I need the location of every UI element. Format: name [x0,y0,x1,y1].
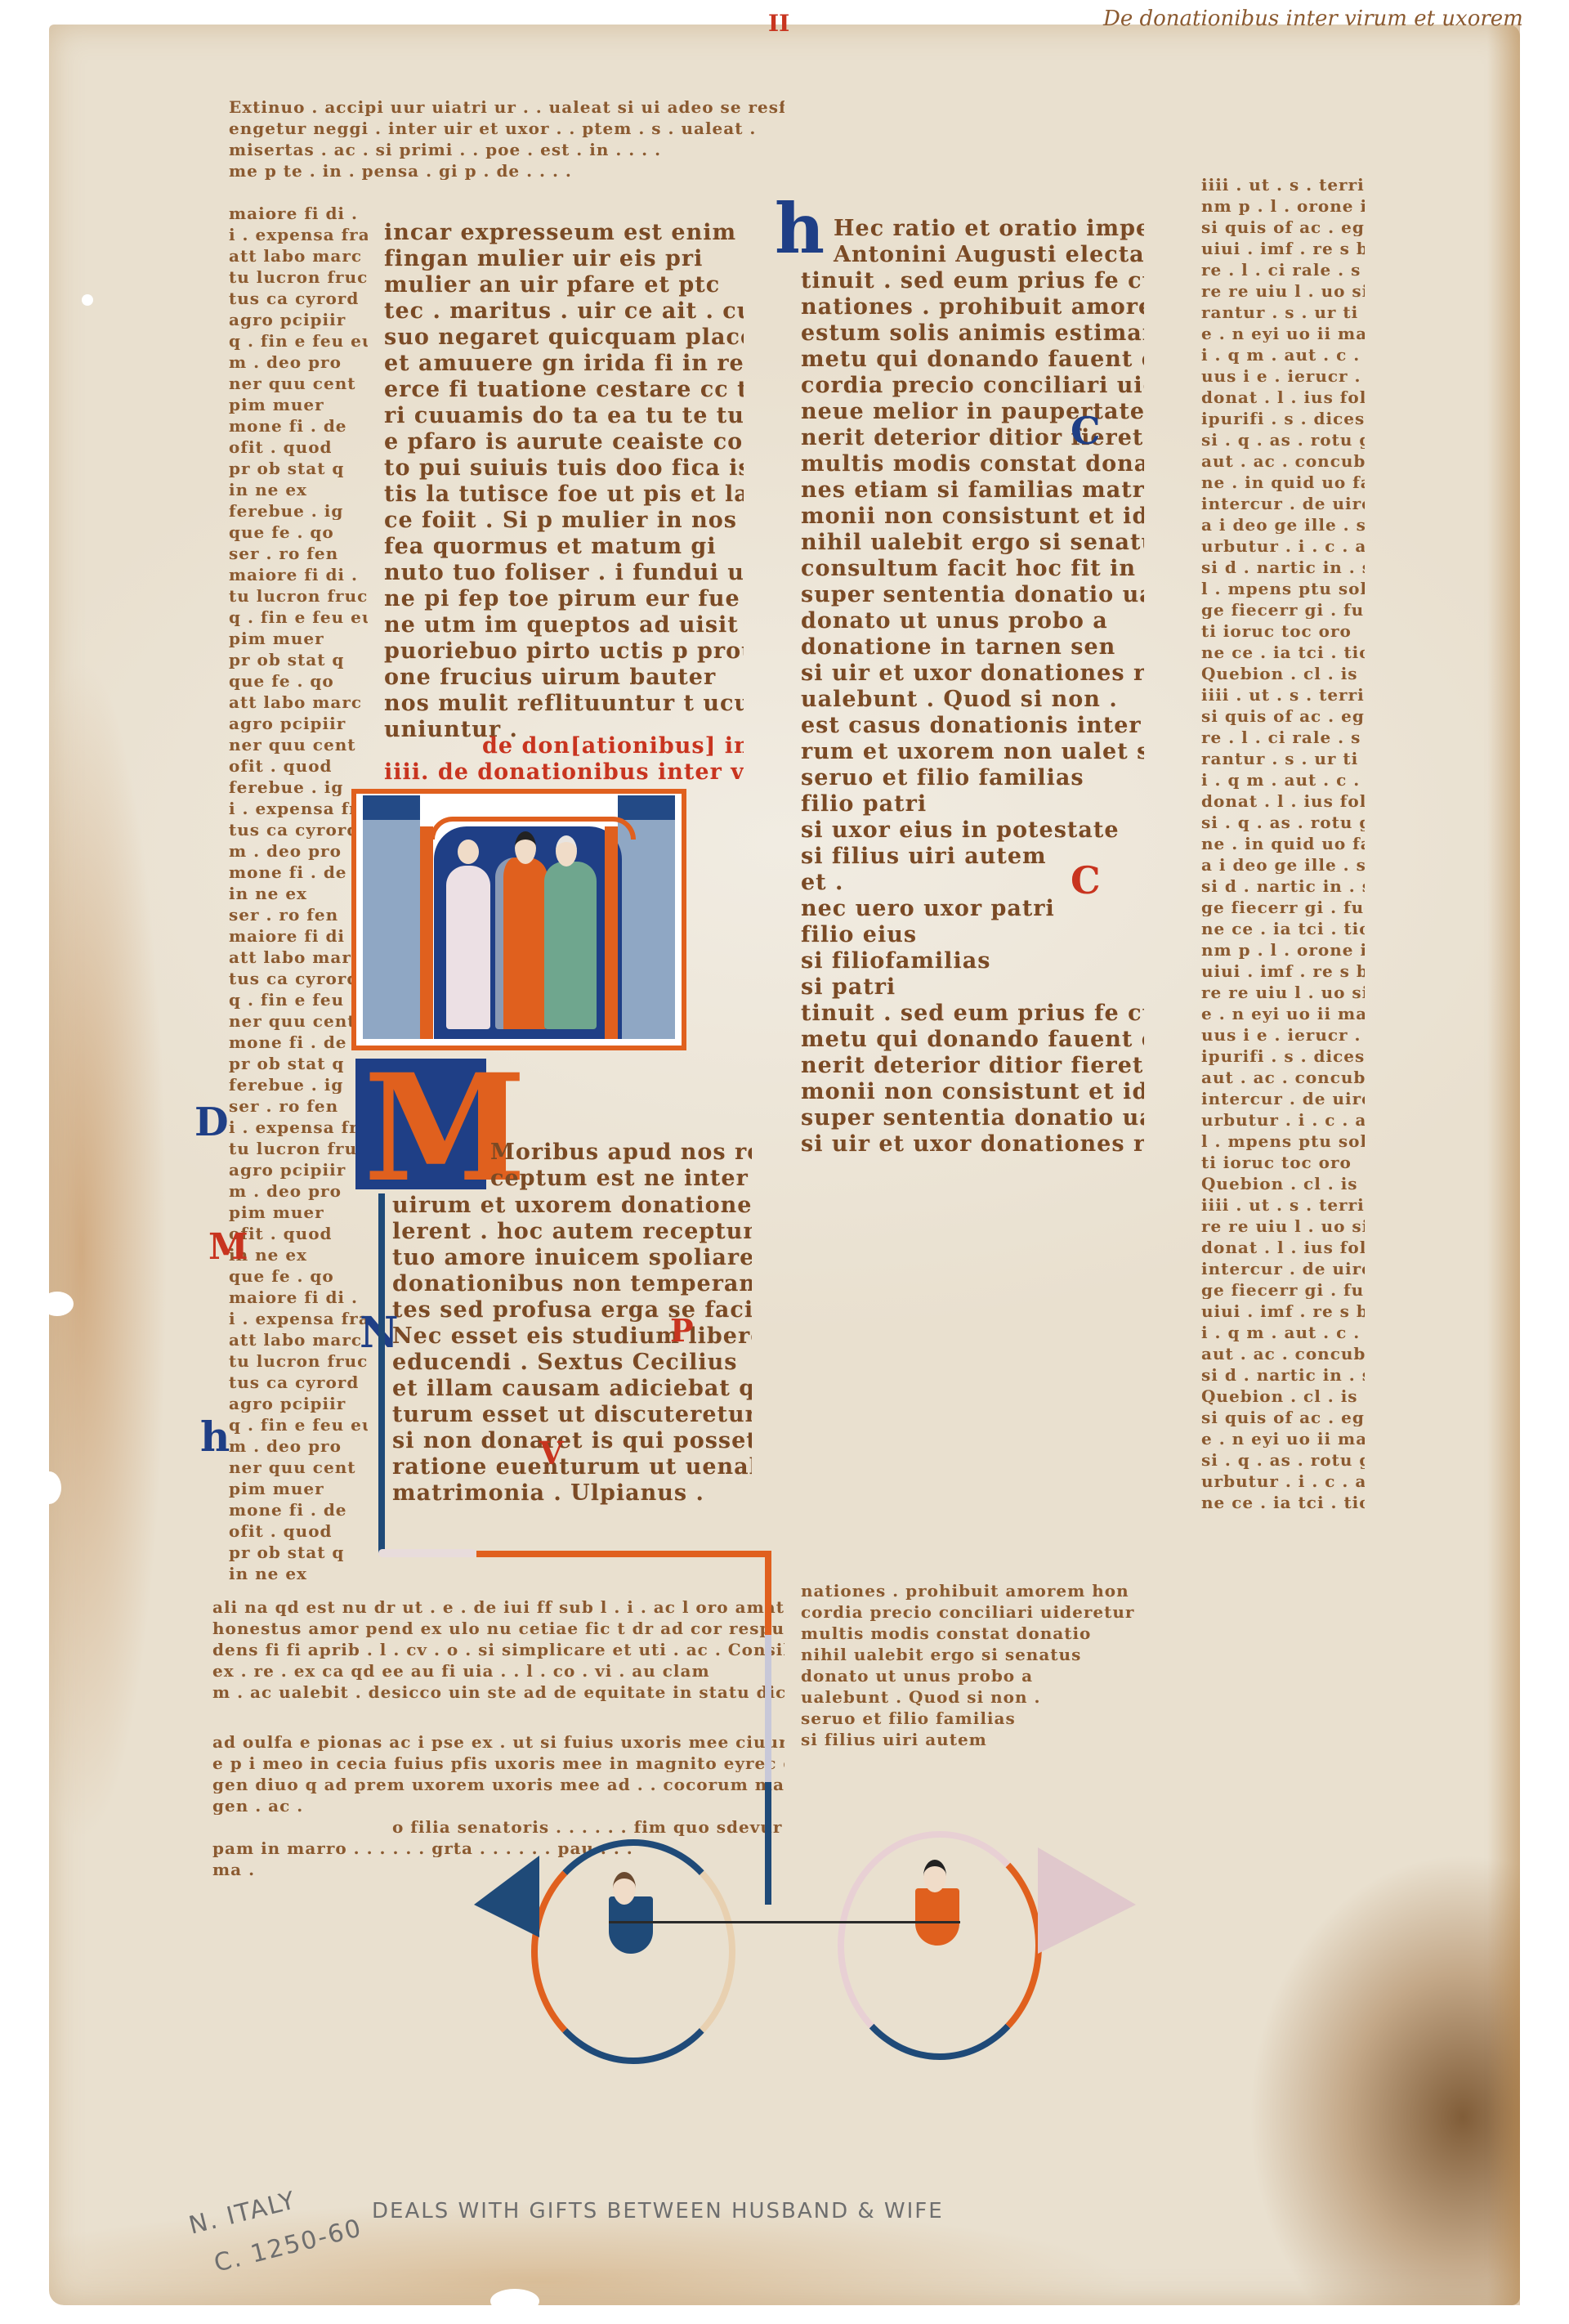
gloss-line: uiui . imf . re s b i [1201,240,1365,257]
running-header: De donationibus inter virum et uxorem [1103,7,1523,31]
left-tower [363,810,420,1039]
gloss-line: att labo marc [229,948,368,966]
text-line: suo negaret quicquam placer [384,325,744,350]
text-line: mulier an uir pfare et ptc [384,273,744,298]
text-line: Antonini Augusti electa est et ita iure … [801,243,1144,267]
border-bar-vertical-pale [765,1635,771,1782]
text-line: tinuit . sed eum prius fe cum uxore do [801,1001,1144,1026]
gloss-line: i . q m . aut . c . l . fer [1201,771,1365,789]
text-line: donationibus non temperan [392,1272,752,1296]
gloss-lower-right: nationes . prohibuit amorem hon cordia p… [801,1582,1389,1752]
gloss-line: seruo et filio familias [801,1709,1389,1727]
text-line: fingan mulier uir eis pri [384,247,744,271]
gloss-line: att labo marc [229,247,368,265]
gloss-line: pim muer [229,1480,368,1498]
gloss-line: tus ca cyrord [229,821,368,839]
gloss-line: ge fiecerr gi . fue [1201,601,1365,619]
text-line: erce fi tuatione cestare cc tate cgo [384,378,744,402]
text-line: et illam causam adiciebat quia sepe fu [392,1377,752,1401]
gloss-line: si quis of ac . eg hi [1201,218,1365,236]
gloss-line: i . expensa fra [229,1118,368,1136]
gloss-line: in ne ex [229,1246,368,1264]
text-line: filio patri [801,792,1144,817]
text-line: tis la tutisce foe ut pis et lapis er [384,482,744,507]
text-line: matrimonia . Ulpianus . [392,1481,752,1506]
text-line: nationes . prohibuit amorem hon [801,295,1144,320]
text-line: super sententia donatio ualebit [801,583,1144,607]
rubric-line: de don[ationibus] inapit. l[iber] xx [384,734,744,759]
gloss-line: tus ca cyrord [229,1373,368,1391]
text-line: seruo et filio familias [801,766,1144,790]
gloss-line: honestus amor pend ex ulo nu cetiae fic … [212,1619,784,1637]
text-line: si uir et uxor donationes rata [801,1132,1144,1157]
gloss-line: ipurifi . s . dicesi [1201,1047,1365,1065]
gloss-line: ti ioruc toc oro [1201,622,1365,640]
gloss-line: re re uiu l . uo sicut [1201,983,1365,1001]
text-line: ne pi fep toe pirum eur fue [384,587,744,611]
gloss-line: tu lucron fruc [229,1352,368,1370]
gloss-line: ge fiecerr gi . fue [1201,1281,1365,1299]
gloss-line: ser . ro fen [229,1097,368,1115]
initial-h-gloss: h [200,1413,230,1461]
gloss-line: pim muer [229,629,368,647]
gloss-line: gen diuo q ad prem uxorem uxoris mee ad … [212,1775,784,1793]
gloss-line: rantur . s . ur ti e . [1201,303,1365,321]
wormhole [82,294,93,306]
gloss-line: donat . l . ius fol m [1201,1238,1365,1256]
gloss-line: att labo marc [229,693,368,711]
jousting-lance [609,1921,960,1923]
gloss-line: ge fiecerr gi . fue [1201,898,1365,916]
gloss-line: mone fi . de [229,863,368,881]
gloss-line: agro pcipiir [229,714,368,732]
text-line: to pui suiuis tuis doo fica is [384,456,744,481]
text-line: nos mulit reflituuntur t ucutuue [384,692,744,716]
gloss-line: re re uiu l . uo sicut [1201,282,1365,300]
gloss-line: pam in marro . . . . . . grta . . . . . … [212,1839,784,1857]
text-line: filio eius [801,923,1144,947]
gloss-line: ner quu cent [229,374,368,392]
text-line: ce foiit . Si p mulier in nos [384,508,744,533]
right-jouster-head [923,1860,946,1892]
gloss-line: pr ob stat q [229,459,368,477]
text-line: fea quormus et matum gi [384,535,744,559]
gloss-line: q . fin e feu eu [229,332,368,350]
gloss-line: si d . nartic in . si [1201,877,1365,895]
gloss-line: m . deo pro [229,1437,368,1455]
text-line: incar expresseum est enim et [384,221,744,245]
gloss-line: si quis of ac . eg hi [1201,1408,1365,1426]
text-line: ri cuuamis do ta ea tu te tur me [384,404,744,428]
gloss-line: ser . ro fen [229,544,368,562]
gloss-line: a i deo ge ille . si [1201,856,1365,874]
rubric-line: iiii. de donationibus inter virum [384,760,744,785]
gloss-line: aut . ac . concubi [1201,1068,1365,1086]
left-shield [609,1896,653,1954]
gloss-line: ferebue . ig [229,502,368,520]
gloss-line: maiore fi di . [229,204,368,222]
gloss-line: ex . re . ex ca qd ee au fi uia . . l . … [212,1662,784,1680]
stained-right-edge [1487,25,1520,2305]
gloss-line: tu lucron fruc [229,587,368,605]
text-line: si uir et uxor donationes rata [801,661,1144,686]
gloss-line: cordia precio conciliari uideretur [801,1603,1389,1621]
left-wing-icon [474,1856,539,1937]
edge-tear [41,1292,74,1316]
text-line: monii non consistunt et ideo [801,1080,1144,1104]
text-line: nerit deterior ditior fieret . Si ex [801,1054,1144,1078]
border-bar-vertical-orange [765,1551,771,1641]
gloss-left-column: maiore fi di . i . expensa fra att labo … [229,204,368,1586]
gloss-line: mone fi . de [229,417,368,435]
text-line: puoriebuo pirto uctis p proui [384,639,744,664]
initial-c-column2-red: C [1071,858,1101,902]
gloss-line: Quebion . cl . is . [1201,1387,1365,1405]
gloss-line: Quebion . cl . is . [1201,1175,1365,1193]
gloss-line: rantur . s . ur ti e . [1201,750,1365,768]
gloss-line: e . n eyi uo ii marcer [1201,1430,1365,1448]
gloss-line: i . q m . aut . c . l . fer [1201,346,1365,364]
gloss-line: ferebue . ig [229,778,368,796]
text-line: cordia precio conciliari uideretur [801,374,1144,398]
gloss-line: ipurifi . s . dicesi [1201,410,1365,428]
gloss-line: pr ob stat q [229,651,368,669]
gloss-line: engetur neggi . inter uir et uxor . . pt… [229,119,784,137]
historiated-initial-m: M [355,1059,486,1189]
gloss-line: ne ce . ia tci . tio [1201,643,1365,661]
gloss-line: q . fin e feu eu [229,1416,368,1434]
gloss-line: si d . nartic in . si [1201,558,1365,576]
text-line: e pfaro is aurute ceaiste co [384,430,744,455]
gloss-line: intercur . de uiro [1201,1260,1365,1278]
gloss-line: o filia senatoris . . . . . . fim quo sd… [212,1818,784,1836]
miniature-three-figures [351,789,686,1050]
initial-c-column2-blue: C [1071,409,1101,453]
text-line: tinuit . sed eum prius fe cum uxore do [801,269,1144,293]
gloss-line: i . expensa fra [229,1310,368,1328]
gloss-line: donat . l . ius fol m [1201,388,1365,406]
text-line: si filiofamilias [801,949,1144,974]
gloss-line: uiui . imf . re s b i [1201,962,1365,980]
gloss-line: q . fin e feu eu [229,608,368,626]
gloss-line: iiii . ut . s . terrinu . [1201,686,1365,704]
border-bar-horizontal [378,1549,476,1557]
gloss-line: iiii . ut . s . terrinu . [1201,1196,1365,1214]
gloss-line: re . l . ci rale . s . n . i . f . [1201,728,1365,746]
text-line: nes etiam si familias matri [801,478,1144,503]
gloss-line: urbutur . i . c . ai [1201,1111,1365,1129]
gloss-line: si filius uiri autem [801,1731,1389,1749]
text-line: consultum facit hoc fit in [801,557,1144,581]
text-line: metu qui donando fauent et ne con [801,1028,1144,1052]
initial-v-main: V [539,1435,563,1471]
gloss-line: l . mpens ptu sol [1201,1132,1365,1150]
left-jouster-head [613,1872,636,1905]
text-line: uirum et uxorem donationes ua [392,1193,752,1218]
gloss-line: re re uiu l . uo sicut [1201,1217,1365,1235]
gloss-line: ti ioruc toc oro [1201,1153,1365,1171]
gloss-line: urbutur . i . c . ai [1201,1472,1365,1490]
gloss-line: in ne ex [229,1565,368,1583]
text-line: lerent . hoc autem receptum est ne mu [392,1220,752,1244]
gloss-line: in ne ex [229,884,368,902]
text-line: ceptum est ne inter [490,1166,752,1191]
edge-tear [37,1471,61,1504]
gloss-line: uus i e . ierucr . [1201,1026,1365,1044]
gloss-line: ofit . quod [229,438,368,456]
gloss-line: pr ob stat q [229,1055,368,1072]
gloss-line: m . ac ualebit . desicco uin ste ad de e… [212,1683,784,1701]
gloss-line: mone fi . de [229,1501,368,1519]
gloss-line: iiii . ut . s . terrinu . [1201,176,1365,194]
border-bar-vertical-left [378,1193,385,1553]
text-line: ne utm im queptos ad uisit um [384,613,744,638]
gloss-line: in ne ex [229,481,368,499]
text-line: Moribus apud nos re [490,1140,752,1165]
text-line: et amuuere gn irida fi in reda [384,352,744,376]
main-text-lower-indent: Moribus apud nos re ceptum est ne inter [490,1140,752,1193]
gloss-line: m . deo pro [229,1182,368,1200]
gloss-line: m . deo pro [229,353,368,371]
gloss-line: nm p . l . orone i le [1201,197,1365,215]
main-text-lower: uirum et uxorem donationes ua lerent . h… [392,1193,752,1507]
gloss-line: si d . nartic in . si [1201,1366,1365,1384]
text-line: ualebunt . Quod si non . [801,687,1144,712]
gloss-line: si . q . as . rotu gd [1201,1451,1365,1469]
text-line: estum solis animis estimantes ne [801,321,1144,346]
gloss-line: Extinuo . accipi uur uiatri ur . . ualea… [229,98,784,116]
gloss-line: agro pcipiir [229,311,368,329]
gloss-line: que fe . qo [229,523,368,541]
gloss-line: pim muer [229,1203,368,1221]
text-line: donato ut unus probo a [801,609,1144,634]
gloss-line: misertas . ac . si primi . . poe . est .… [229,141,784,159]
gloss-line: e p i meo in cecia fuius pfis uxoris mee… [212,1754,784,1772]
text-line: est casus donationis inter ui [801,714,1144,738]
text-line: educendi . Sextus Cecilius [392,1350,752,1375]
right-shield [915,1888,959,1946]
gloss-line: ualebunt . Quod si non . [801,1688,1389,1706]
text-line: metu qui donando fauent et ne con [801,347,1144,372]
second-text-column: Hec ratio et oratio imperatoris nostri A… [801,217,1144,1158]
gloss-line: pr ob stat q [229,1543,368,1561]
gloss-line: me p te . in . pensa . gi p . de . . . . [229,162,784,180]
text-line: super sententia donatio ualebit [801,1106,1144,1131]
folio-mark: II [768,10,789,37]
figure-woman-red-dress [495,858,548,1029]
gloss-line: e . n eyi uo ii marcer [1201,1005,1365,1023]
gloss-line: ser . ro fen [229,906,368,924]
gloss-line: que fe . qo [229,672,368,690]
figure-man-green-robe [544,862,597,1029]
gloss-line: intercur . de uiro [1201,1090,1365,1108]
text-line: rum et uxorem non ualet sed ex [801,740,1144,764]
gloss-line: ferebue . ig [229,1076,368,1094]
gloss-line: att labo marc [229,1331,368,1349]
main-text-upper: incar expresseum est enim et fingan muli… [384,221,744,744]
border-bar-horizontal-orange [476,1551,771,1557]
text-line: donatione in tarnen sen [801,635,1144,660]
gloss-line: m . deo pro [229,842,368,860]
text-line: si uxor eius in potestate [801,818,1144,843]
initial-m-gloss: M [208,1226,248,1268]
gloss-line: donato ut unus probo a [801,1667,1389,1685]
gloss-line: gen . ac . [212,1797,784,1815]
text-line: si non donaret is qui posset atque ea [392,1429,752,1453]
text-line: turum esset ut discuteretur matrimonium [392,1403,752,1427]
gloss-line: ne . in quid uo fa [1201,835,1365,853]
text-line: tec . maritus . uir ce ait . cultui [384,299,744,324]
text-line: si patri [801,975,1144,1000]
gloss-line: ner quu cent [229,1458,368,1476]
gloss-line: ali na qd est nu dr ut . e . de iui ff s… [212,1598,784,1616]
gloss-line: que fe . qo [229,1267,368,1285]
gloss-line: ne ce . ia tci . tio [1201,1493,1365,1511]
gloss-line: urbutur . i . c . ai [1201,537,1365,555]
gloss-line: maiore fi di . [229,927,368,945]
gloss-right-column: iiii . ut . s . terrinu . nm p . l . oro… [1201,176,1365,1515]
initial-d-gloss: D [194,1099,229,1145]
border-bar-vertical-blue [765,1782,771,1905]
gloss-line: i . expensa fra [229,226,368,244]
gloss-line: ne . in quid uo fa [1201,473,1365,491]
right-pillar [605,826,618,1039]
gloss-line: aut . ac . concubi [1201,452,1365,470]
text-line: nuto tuo foliser . i fundui u [384,561,744,585]
gloss-line: nm p . l . orone i le [1201,941,1365,959]
text-line: one frucius uirum bauter [384,665,744,690]
gloss-line: Quebion . cl . is . [1201,665,1365,683]
gloss-line: maiore fi di . [229,566,368,584]
text-line: multis modis constat donatio [801,452,1144,477]
text-line: tes sed profusa erga se facilitate [392,1298,752,1323]
gloss-line: uus i e . ierucr . [1201,367,1365,385]
figure-man-white-robe [446,866,490,1029]
gloss-line: nihil ualebit ergo si senatus [801,1646,1389,1664]
gloss-line: ad oulfa e pionas ac i pse ex . ut si fu… [212,1733,784,1751]
gloss-line: ofit . quod [229,1522,368,1540]
text-line: nihil ualebit ergo si senatus [801,531,1144,555]
gloss-line: multis modis constat donatio [801,1624,1389,1642]
gloss-line: donat . l . ius fol m [1201,792,1365,810]
initial-p-main: P [670,1312,694,1349]
text-line: tuo amore inuicem spoliarentur [392,1246,752,1270]
gloss-line: q . fin e feu eu [229,991,368,1009]
gloss-line: i . q m . aut . c . l . fer [1201,1323,1365,1341]
gloss-line: ne ce . ia tci . tio [1201,920,1365,938]
initial-h-column2: h [775,188,825,269]
gloss-line: re . l . ci rale . s . n . i . f . [1201,261,1365,279]
gloss-line: ner quu cent [229,736,368,754]
gloss-line: agro pcipiir [229,1395,368,1413]
gloss-line: a i deo ge ille . si [1201,516,1365,534]
gloss-line: si . q . as . rotu gd [1201,813,1365,831]
gloss-line: dens fi fi aprib . l . cv . o . si simpl… [212,1641,784,1659]
pencil-subject-note: DEALS WITH GIFTS BETWEEN HUSBAND & WIFE [372,2199,944,2223]
gloss-line: maiore fi di . [229,1288,368,1306]
gloss-line: agro pcipiir [229,1161,368,1179]
gloss-line: tus ca cyrord [229,969,368,987]
gloss-lower: ali na qd est nu dr ut . e . de iui ff s… [212,1598,784,1704]
right-tower [618,810,675,1039]
gloss-line: si . q . as . rotu gd [1201,431,1365,449]
gloss-line: ner quu cent [229,1012,368,1030]
gloss-line: tu lucron fruc [229,1140,368,1158]
text-line: monii non consistunt et ideo [801,504,1144,529]
gloss-line: mone fi . de [229,1033,368,1051]
gloss-line: ofit . quod [229,1225,368,1243]
gloss-line: ofit . quod [229,757,368,775]
gloss-line: uiui . imf . re s b i [1201,1302,1365,1320]
gloss-line: tu lucron fruc [229,268,368,286]
gloss-line: nationes . prohibuit amorem hon [801,1582,1389,1600]
text-line: ratione euenturum ut uenalicia essent [392,1455,752,1480]
gloss-top: Extinuo . accipi uur uiatri ur . . ualea… [229,98,784,183]
gloss-line: i . expensa fra [229,799,368,817]
right-wing-icon [1038,1847,1136,1954]
gloss-line: l . mpens ptu sol [1201,580,1365,598]
edge-tear [490,2289,539,2313]
gloss-line: si quis of ac . eg hi [1201,707,1365,725]
gloss-line: intercur . de uiro [1201,495,1365,513]
left-pillar [420,826,433,1039]
gloss-line: aut . ac . concubi [1201,1345,1365,1363]
text-line: Hec ratio et oratio imperatoris nostri [801,217,1144,241]
gloss-line: pim muer [229,396,368,414]
gloss-line: tus ca cyrord [229,289,368,307]
text-line: Nec esset eis studium liberos potius [392,1324,752,1349]
gloss-line: e . n eyi uo ii marcer [1201,325,1365,343]
